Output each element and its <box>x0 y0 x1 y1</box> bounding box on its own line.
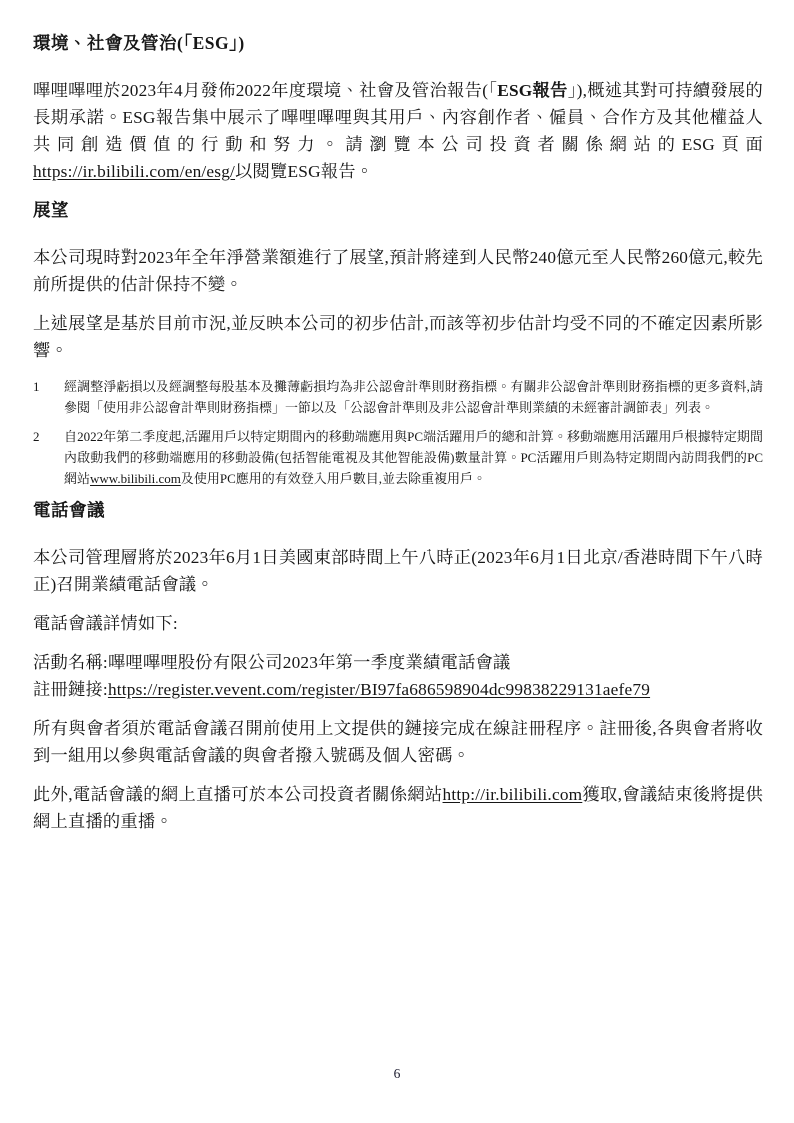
document-page: 環境、社會及管治(「ESG」) 嗶哩嗶哩於2023年4月發佈2022年度環境、社… <box>0 0 794 1123</box>
footnote-1: 1 經調整淨虧損以及經調整每股基本及攤薄虧損均為非公認會計準則財務指標。有關非公… <box>33 376 763 418</box>
outlook-paragraph-1: 本公司現時對2023年全年淨營業額進行了展望,預計將達到人民幣240億元至人民幣… <box>33 244 763 298</box>
register-link-label: 註冊鏈接: <box>33 680 108 699</box>
event-name-line: 活動名稱:嗶哩嗶哩股份有限公司2023年第一季度業績電話會議 <box>33 649 763 676</box>
ir-website-link[interactable]: http://ir.bilibili.com <box>443 785 583 804</box>
esg-report-link[interactable]: https://ir.bilibili.com/en/esg/ <box>33 162 235 181</box>
page-number: 6 <box>0 1066 794 1082</box>
section-heading-outlook: 展望 <box>33 197 763 224</box>
footnotes: 1 經調整淨虧損以及經調整每股基本及攤薄虧損均為非公認會計準則財務指標。有關非公… <box>33 376 763 489</box>
bilibili-website-link[interactable]: www.bilibili.com <box>90 471 181 486</box>
text-segment: 及使用PC應用的有效登入用戶數目,並去除重複用戶。 <box>181 471 486 486</box>
text-segment: 以閱覽ESG報告。 <box>235 162 373 181</box>
text-segment: 此外,電話會議的網上直播可於本公司投資者關係網站 <box>33 785 443 804</box>
call-paragraph-1: 本公司管理層將於2023年6月1日美國東部時間上午八時正(2023年6月1日北京… <box>33 544 763 598</box>
esg-paragraph: 嗶哩嗶哩於2023年4月發佈2022年度環境、社會及管治報告(「ESG報告」),… <box>33 77 763 185</box>
text-segment: ESG報告 <box>497 81 567 100</box>
footnote-1-number: 1 <box>33 376 64 418</box>
call-event-details: 活動名稱:嗶哩嗶哩股份有限公司2023年第一季度業績電話會議 註冊鏈接:http… <box>33 649 763 703</box>
event-name-label: 活動名稱: <box>33 653 108 672</box>
section-heading-conference-call: 電話會議 <box>33 497 763 524</box>
register-link[interactable]: https://register.vevent.com/register/BI9… <box>108 680 650 699</box>
register-link-line: 註冊鏈接:https://register.vevent.com/registe… <box>33 676 763 703</box>
text-segment: 嗶哩嗶哩於2023年4月發佈2022年度環境、社會及管治報告(「 <box>33 81 497 100</box>
footnote-1-text: 經調整淨虧損以及經調整每股基本及攤薄虧損均為非公認會計準則財務指標。有關非公認會… <box>64 376 763 418</box>
outlook-paragraph-2: 上述展望是基於目前市況,並反映本公司的初步估計,而該等初步估計均受不同的不確定因… <box>33 310 763 364</box>
call-paragraph-3: 此外,電話會議的網上直播可於本公司投資者關係網站http://ir.bilibi… <box>33 781 763 835</box>
call-paragraph-2: 所有與會者須於電話會議召開前使用上文提供的鏈接完成在線註冊程序。註冊後,各與會者… <box>33 715 763 769</box>
call-details-intro: 電話會議詳情如下: <box>33 610 763 637</box>
footnote-2-text: 自2022年第二季度起,活躍用戶以特定期間內的移動端應用與PC端活躍用戶的總和計… <box>64 426 763 489</box>
footnote-2-number: 2 <box>33 426 64 489</box>
section-heading-esg: 環境、社會及管治(「ESG」) <box>33 30 763 57</box>
footnote-2: 2 自2022年第二季度起,活躍用戶以特定期間內的移動端應用與PC端活躍用戶的總… <box>33 426 763 489</box>
event-name: 嗶哩嗶哩股份有限公司2023年第一季度業績電話會議 <box>108 653 510 672</box>
text-segment: 經調整淨虧損以及經調整每股基本及攤薄虧損均為非公認會計準則財務指標。有關非公認會… <box>64 379 763 415</box>
